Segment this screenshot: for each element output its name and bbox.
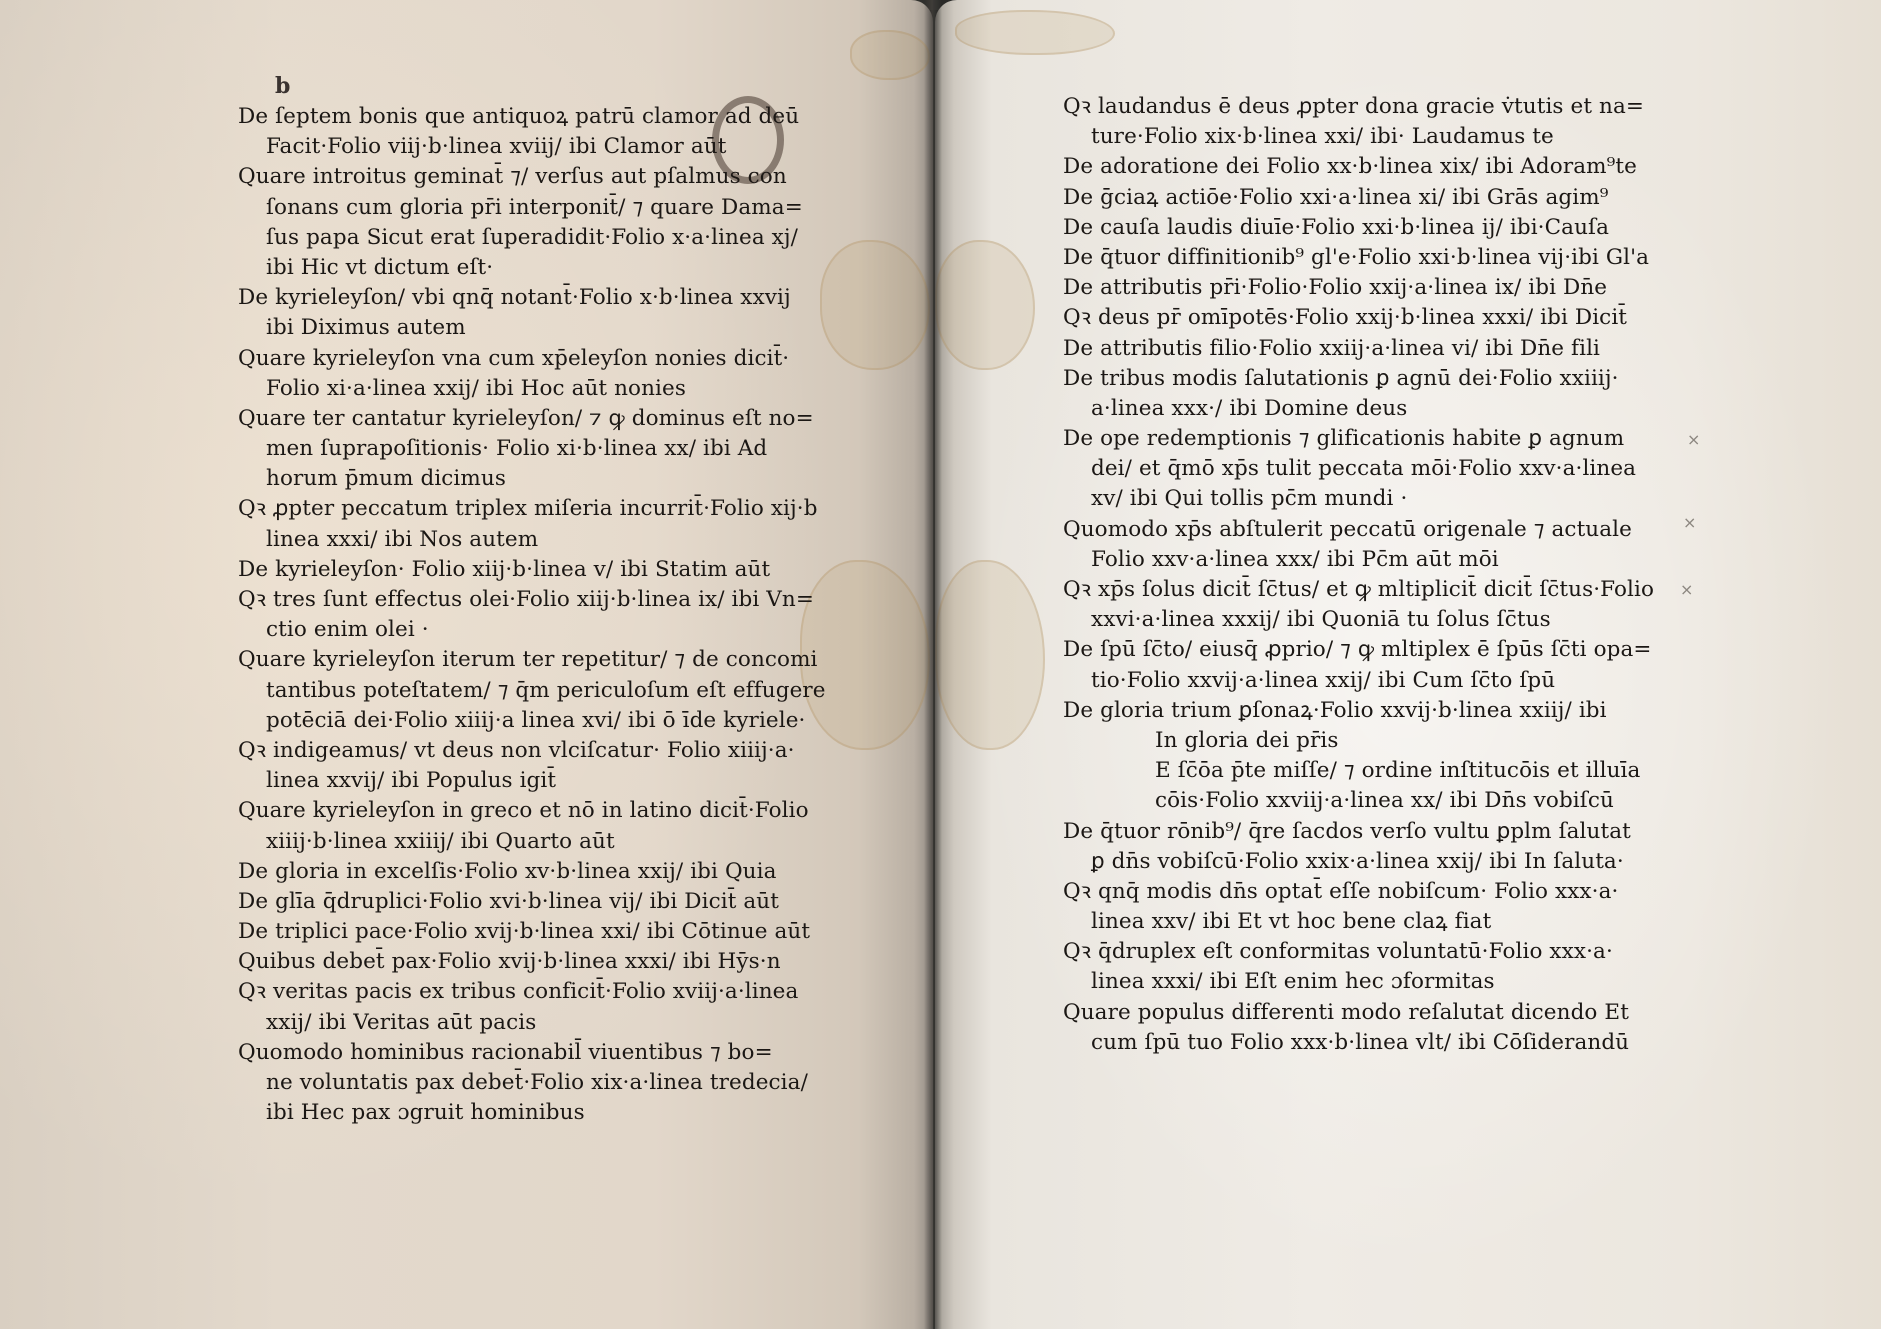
index-entry-continuation: Folio xxv·a·linea xxx/ ibi Pc̄m aūt mōi: [1063, 545, 1683, 575]
index-entry: De tribus modis ſalutationis ꝑ agnū dei·…: [1063, 364, 1683, 394]
index-entry: Quibus debet̄ pax·Folio xvij·b·linea xxx…: [238, 947, 838, 977]
index-entry-continuation: Folio xi·a·linea xxij/ ibi Hoc aūt nonie…: [238, 374, 838, 404]
index-entry-continuation: cōis·Folio xxviij·a·linea xx/ ibi Dn̄s v…: [1063, 786, 1683, 816]
index-entry-continuation: ꝑ dn̄s vobiſcū·Folio xxix·a·linea xxij/ …: [1063, 847, 1683, 877]
index-entry-continuation: linea xxvij/ ibi Populus igit̄: [238, 766, 838, 796]
index-entry-continuation: E ſc̄ōa p̄te miſſe/ ⁊ ordine inſtitucōis…: [1063, 756, 1683, 786]
left-page: b De ſeptem bonis que antiquoꝝ patrū cla…: [0, 0, 933, 1329]
index-entry: Qꝛ indigeamus/ vt deus non vlciſcatur· F…: [238, 736, 838, 766]
index-entry-continuation: ſonans cum gloria pr̄i interponit̄/ ⁊ qu…: [238, 193, 838, 223]
index-entry: Qꝛ q̄druplex eſt conformitas voluntatū·F…: [1063, 937, 1683, 967]
index-entry: Qꝛ laudandus ē deus ꝓpter dona gracie v̇…: [1063, 92, 1683, 122]
index-entry: Qꝛ veritas pacis ex tribus conficit̄·Fol…: [238, 977, 838, 1007]
index-entry: De attributis pr̄i·Folio·Folio xxij·a·li…: [1063, 273, 1683, 303]
water-stain: [935, 240, 1035, 370]
index-entry-continuation: xv/ ibi Qui tollis pc̄m mundi ·: [1063, 484, 1683, 514]
index-entry-continuation: ſus papa Sicut erat ſuperadidit·Folio x·…: [238, 223, 838, 253]
index-entry: Qꝛ qnq̄ modis dn̄s optat̄ eſſe nobiſcum·…: [1063, 877, 1683, 907]
index-entry: Quare introitus geminat̄ ⁊/ verſus aut p…: [238, 162, 838, 192]
right-page-index-text: Qꝛ laudandus ē deus ꝓpter dona gracie v̇…: [1063, 92, 1683, 1058]
index-entry: Quare kyrieleyſon in greco et nō in lati…: [238, 796, 838, 826]
index-entry: De attributis filio·Folio xxiij·a·linea …: [1063, 334, 1683, 364]
index-entry-continuation: horum p̄mum dicimus: [238, 464, 838, 494]
index-entry-continuation: linea xxxi/ ibi Nos autem: [238, 525, 838, 555]
index-entry-continuation: ture·Folio xix·b·linea xxi/ ibi· Laudamu…: [1063, 122, 1683, 152]
index-entry: Quomodo hominibus racionabil̄ viuentibus…: [238, 1038, 838, 1068]
index-entry: De cauſa laudis diuīe·Folio xxi·b·linea …: [1063, 213, 1683, 243]
index-entry: Quomodo xp̄s abſtulerit peccatū origenal…: [1063, 515, 1683, 545]
index-entry-continuation: ibi Hic vt dictum eſt·: [238, 253, 838, 283]
water-stain: [955, 10, 1115, 55]
index-entry: De ḡciaꝝ actiōe·Folio xxi·a·linea xi/ ib…: [1063, 183, 1683, 213]
index-entry-continuation: a·linea xxx·/ ibi Domine deus: [1063, 394, 1683, 424]
index-entry-continuation: linea xxv/ ibi Et vt hoc bene claꝝ fiat: [1063, 907, 1683, 937]
index-entry-continuation: xxij/ ibi Veritas aūt pacis: [238, 1008, 838, 1038]
index-entry: De triplici pace·Folio xvij·b·linea xxi/…: [238, 917, 838, 947]
index-entry: De kyrieleyſon· Folio xiij·b·linea v/ ib…: [238, 555, 838, 585]
index-entry-continuation: dei/ et q̄mō xp̄s tulit peccata mōi·Foli…: [1063, 454, 1683, 484]
index-entry: De glīa q̄druplici·Folio xvi·b·linea vij…: [238, 887, 838, 917]
index-entry: Qꝛ deus pr̄ omīpotēs·Folio xxij·b·linea …: [1063, 303, 1683, 333]
signature-mark: b: [275, 73, 290, 99]
index-entry: De kyrieleyſon/ vbi qnq̄ notant̄·Folio x…: [238, 283, 838, 313]
index-entry-continuation: ctio enim olei ·: [238, 615, 838, 645]
index-entry-continuation: potēciā dei·Folio xiiij·a linea xvi/ ibi…: [238, 706, 838, 736]
index-entry: De q̄tuor diffinitionib⁹ gl'e·Folio xxi·…: [1063, 243, 1683, 273]
index-entry: De gloria in excelſis·Folio xv·b·linea x…: [238, 857, 838, 887]
index-entry-continuation: linea xxxi/ ibi Eſt enim hec ɔformitas: [1063, 967, 1683, 997]
index-entry-continuation: men ſuprapoſitionis· Folio xi·b·linea xx…: [238, 434, 838, 464]
index-entry: Quare populus differenti modo reſalutat …: [1063, 998, 1683, 1028]
index-entry-continuation: ibi Diximus autem: [238, 313, 838, 343]
index-entry: De gloria trium ꝑſonaꝝ·Folio xxvij·b·lin…: [1063, 696, 1683, 726]
index-entry: Qꝛ tres ſunt effectus olei·Folio xiij·b·…: [238, 585, 838, 615]
index-entry: Quare kyrieleyſon vna cum xp̄eleyſon non…: [238, 344, 838, 374]
right-page: × × × Qꝛ laudandus ē deus ꝓpter dona gra…: [935, 0, 1881, 1329]
index-entry-continuation: Facit·Folio viij·b·linea xviij/ ibi Clam…: [238, 132, 838, 162]
index-entry-continuation: ne voluntatis pax debet̄·Folio xix·a·lin…: [238, 1068, 838, 1098]
index-entry: Qꝛ xp̄s ſolus dicit̄ ſc̄tus/ et ꝙ mltipl…: [1063, 575, 1683, 605]
index-entry-continuation: cum ſpū tuo Folio xxx·b·linea vlt/ ibi C…: [1063, 1028, 1683, 1058]
index-entry-continuation: tio·Folio xxvij·a·linea xxij/ ibi Cum ſc…: [1063, 666, 1683, 696]
water-stain: [850, 30, 930, 80]
book-gutter: [924, 0, 942, 1329]
margin-x-mark: ×: [1683, 513, 1696, 532]
index-entry: De ſeptem bonis que antiquoꝝ patrū clamo…: [238, 102, 838, 132]
index-entry: Qꝛ ꝓpter peccatum triplex miſeria incurr…: [238, 494, 838, 524]
index-entry-continuation: tantibus poteſtatem/ ⁊ q̄m periculoſum e…: [238, 676, 838, 706]
index-entry: De adoratione dei Folio xx·b·linea xix/ …: [1063, 152, 1683, 182]
index-entry: De q̄tuor rōnib⁹/ q̄re ſacdos verſo vult…: [1063, 817, 1683, 847]
margin-x-mark: ×: [1687, 430, 1700, 449]
left-page-index-text: De ſeptem bonis que antiquoꝝ patrū clamo…: [238, 102, 838, 1128]
index-entry-continuation: xiiij·b·linea xxiiij/ ibi Quarto aūt: [238, 827, 838, 857]
index-entry: De ope redemptionis ⁊ glificationis habi…: [1063, 424, 1683, 454]
index-entry-continuation: ibi Hec pax ɔgruit hominibus: [238, 1098, 838, 1128]
index-entry-continuation: In gloria dei pr̄is: [1063, 726, 1683, 756]
index-entry: De ſpū ſc̄to/ eiusq̄ ꝓprio/ ⁊ ꝙ mltiplex…: [1063, 635, 1683, 665]
index-entry: Quare ter cantatur kyrieleyſon/ ⁊ ꝙ domi…: [238, 404, 838, 434]
water-stain: [935, 560, 1045, 750]
index-entry-continuation: xxvi·a·linea xxxij/ ibi Quoniā tu ſolus …: [1063, 605, 1683, 635]
index-entry: Quare kyrieleyſon iterum ter repetitur/ …: [238, 645, 838, 675]
